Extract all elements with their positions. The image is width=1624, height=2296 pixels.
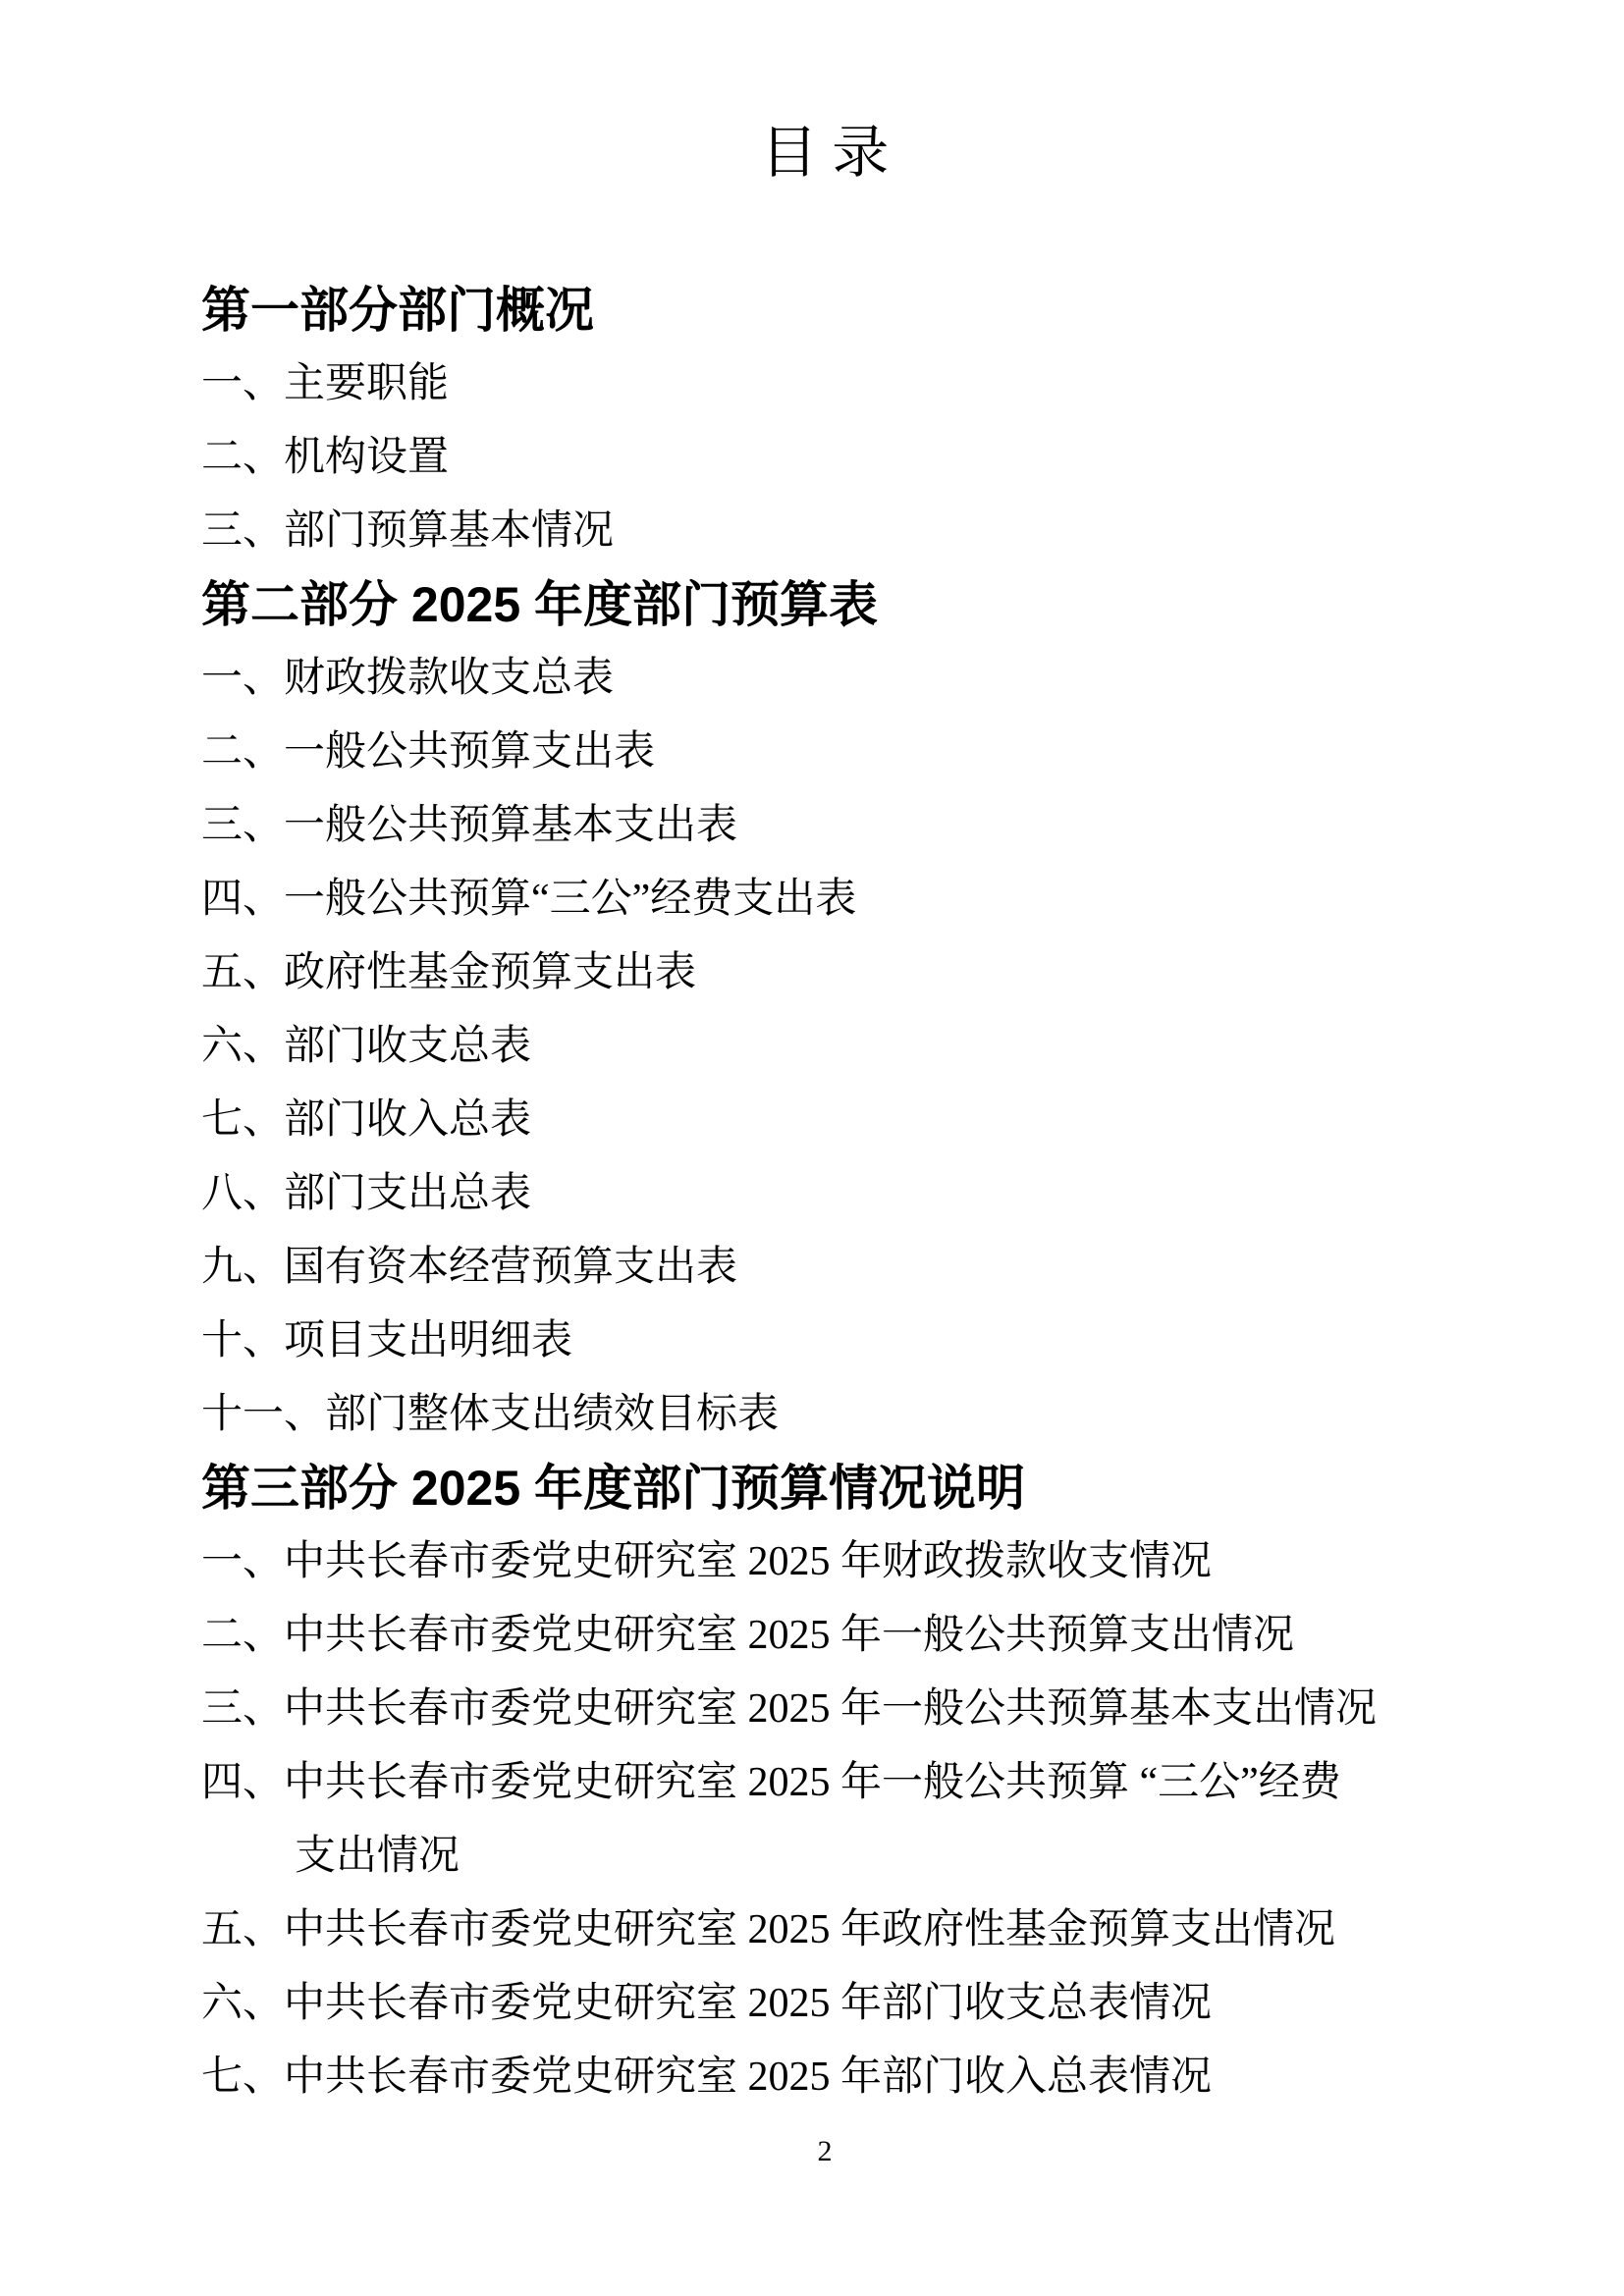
toc-sections: 第一部分部门概况一、主要职能二、机构设置三、部门预算基本情况第二部分 2025 … — [201, 274, 1448, 2114]
toc-item: 一、财政拨款收支总表 — [201, 642, 1448, 716]
toc-item: 六、中共长春市委党史研究室 2025 年部门收支总表情况 — [201, 1967, 1448, 2041]
toc-item: 一、中共长春市委党史研究室 2025 年财政拨款收支情况 — [201, 1525, 1448, 1599]
toc-item: 三、部门预算基本情况 — [201, 495, 1448, 568]
page-content: 目 录 第一部分部门概况一、主要职能二、机构设置三、部门预算基本情况第二部分 2… — [0, 0, 1624, 2188]
toc-item: 一、主要职能 — [201, 347, 1448, 421]
toc-item: 七、部门收入总表 — [201, 1084, 1448, 1157]
toc-item: 三、一般公共预算基本支出表 — [201, 789, 1448, 863]
toc-item: 四、一般公共预算“三公”经费支出表 — [201, 863, 1448, 936]
toc-item: 五、中共长春市委党史研究室 2025 年政府性基金预算支出情况 — [201, 1894, 1448, 1967]
page-number: 2 — [201, 2114, 1448, 2188]
toc-item: 二、机构设置 — [201, 421, 1448, 495]
toc-item: 九、国有资本经营预算支出表 — [201, 1231, 1448, 1305]
toc-item: 二、中共长春市委党史研究室 2025 年一般公共预算支出情况 — [201, 1599, 1448, 1673]
toc-item: 五、政府性基金预算支出表 — [201, 936, 1448, 1010]
toc-item: 十、项目支出明细表 — [201, 1305, 1448, 1378]
section-heading-1: 第一部分部门概况 — [201, 274, 1448, 347]
toc-item: 六、部门收支总表 — [201, 1010, 1448, 1084]
document-page: 目 录 第一部分部门概况一、主要职能二、机构设置三、部门预算基本情况第二部分 2… — [0, 0, 1624, 2296]
toc-item: 七、中共长春市委党史研究室 2025 年部门收入总表情况 — [201, 2041, 1448, 2114]
toc-item: 八、部门支出总表 — [201, 1157, 1448, 1231]
toc-item: 二、一般公共预算支出表 — [201, 716, 1448, 789]
toc-item: 三、中共长春市委党史研究室 2025 年一般公共预算基本支出情况 — [201, 1673, 1448, 1746]
document-title: 目 录 — [201, 114, 1448, 192]
toc-item: 四、中共长春市委党史研究室 2025 年一般公共预算 “三公”经费 支出情况 — [201, 1746, 1448, 1894]
section-heading-2: 第二部分 2025 年度部门预算表 — [201, 568, 1448, 642]
section-heading-3: 第三部分 2025 年度部门预算情况说明 — [201, 1452, 1448, 1525]
toc-item: 十一、部门整体支出绩效目标表 — [201, 1378, 1448, 1452]
